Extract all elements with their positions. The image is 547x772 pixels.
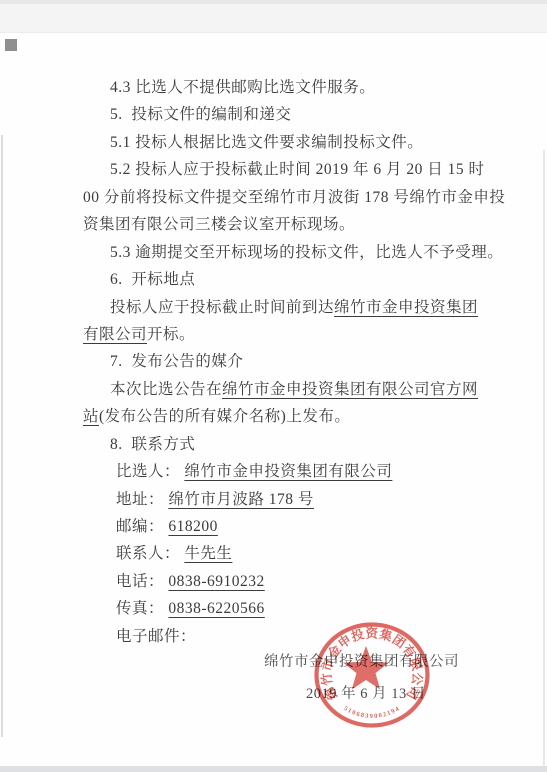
doc-text: (发布公告的所有媒介名称)上发布。 bbox=[99, 408, 350, 425]
doc-line: 投标人应于投标截止时间前到达绵竹市金申投资集团 bbox=[83, 294, 545, 321]
underlined-text: 绵竹市金申投资集团有限公司 bbox=[184, 463, 392, 480]
doc-line: 5.3 逾期提交至开标现场的投标文件，比选人不予受理。 bbox=[83, 239, 545, 266]
underlined-text: 0838-6220566 bbox=[168, 600, 264, 617]
doc-text: 电子邮件： bbox=[116, 628, 196, 645]
doc-line: 邮编： 618200 bbox=[83, 513, 545, 540]
doc-line: 00 分前将投标文件提交至绵竹市月波街 178 号绵竹市金申投 bbox=[83, 184, 545, 211]
underlined-text: 绵竹市金申投资集团有限公司官方网 bbox=[222, 381, 478, 398]
doc-text: 电话： bbox=[116, 573, 168, 590]
doc-text: 00 分前将投标文件提交至绵竹市月波街 178 号绵竹市金申投 bbox=[83, 189, 505, 206]
doc-text: 地址： bbox=[116, 491, 168, 508]
doc-text: 8. 联系方式 bbox=[110, 436, 195, 453]
doc-line: 8. 联系方式 bbox=[83, 431, 545, 458]
doc-line: 有限公司开标。 bbox=[83, 321, 545, 348]
underlined-text: 0838-6910232 bbox=[168, 573, 264, 590]
doc-text: 5.3 逾期提交至开标现场的投标文件，比选人不予受理。 bbox=[110, 244, 503, 261]
doc-line: 比选人： 绵竹市金申投资集团有限公司 bbox=[83, 458, 545, 485]
underlined-text: 站 bbox=[83, 408, 99, 425]
doc-text: 4.3 比选人不提供邮购比选文件服务。 bbox=[110, 79, 375, 96]
doc-line: 5. 投标文件的编制和递交 bbox=[83, 101, 545, 128]
doc-line: 4.3 比选人不提供邮购比选文件服务。 bbox=[83, 74, 545, 101]
scanned-document-page: 4.3 比选人不提供邮购比选文件服务。5. 投标文件的编制和递交5.1 投标人根… bbox=[0, 0, 547, 772]
underlined-text: 有限公司 bbox=[83, 326, 147, 343]
doc-line: 联系人： 牛先生 bbox=[83, 540, 545, 567]
doc-text: 联系人： bbox=[116, 545, 184, 562]
underlined-text: 牛先生 bbox=[184, 545, 232, 562]
doc-text: 5.1 投标人根据比选文件要求编制投标文件。 bbox=[110, 134, 423, 151]
doc-text: 5. 投标文件的编制和递交 bbox=[110, 106, 291, 123]
doc-text: 7. 发布公告的媒介 bbox=[110, 353, 243, 370]
doc-text: 本次比选公告在 bbox=[110, 381, 222, 398]
doc-text: 5.2 投标人应于投标截止时间 2019 年 6 月 20 日 15 时 bbox=[110, 161, 485, 178]
document-lines: 4.3 比选人不提供邮购比选文件服务。5. 投标文件的编制和递交5.1 投标人根… bbox=[83, 74, 545, 650]
doc-text: 投标人应于投标截止时间前到达 bbox=[110, 299, 334, 316]
doc-text: 邮编： bbox=[116, 518, 168, 535]
page-bottom-edge bbox=[0, 766, 547, 772]
doc-line: 电话： 0838-6910232 bbox=[83, 568, 545, 595]
scan-corner-mark bbox=[5, 39, 17, 51]
doc-line: 资集团有限公司三楼会议室开标现场。 bbox=[83, 211, 545, 238]
doc-text: 开标。 bbox=[147, 326, 195, 343]
underlined-text: 618200 bbox=[168, 518, 218, 535]
doc-line: 传真： 0838-6220566 bbox=[83, 595, 545, 622]
doc-text: 传真： bbox=[116, 600, 168, 617]
doc-line: 地址： 绵竹市月波路 178 号 bbox=[83, 486, 545, 513]
doc-text: 6. 开标地点 bbox=[110, 271, 195, 288]
doc-line: 本次比选公告在绵竹市金申投资集团有限公司官方网 bbox=[83, 376, 545, 403]
seal-code-holder: 5106839002194 bbox=[342, 705, 401, 720]
scan-top-edge bbox=[0, 0, 547, 4]
doc-line: 6. 开标地点 bbox=[83, 266, 545, 293]
page-left-edge bbox=[1, 135, 3, 737]
seal-star-icon bbox=[343, 646, 389, 689]
official-seal: 绵竹市金申投资集团有限公司 5106839002194 bbox=[310, 620, 434, 734]
scan-top-separator bbox=[0, 32, 547, 33]
seal-code: 5106839002194 bbox=[342, 705, 401, 720]
doc-text: 比选人： bbox=[116, 463, 184, 480]
underlined-text: 绵竹市月波路 178 号 bbox=[168, 491, 314, 508]
doc-line: 站(发布公告的所有媒介名称)上发布。 bbox=[83, 403, 545, 430]
doc-text: 资集团有限公司三楼会议室开标现场。 bbox=[83, 216, 355, 233]
doc-line: 7. 发布公告的媒介 bbox=[83, 348, 545, 375]
scan-top-margin bbox=[0, 0, 547, 32]
doc-line: 5.2 投标人应于投标截止时间 2019 年 6 月 20 日 15 时 bbox=[83, 156, 545, 183]
underlined-text: 绵竹市金申投资集团 bbox=[334, 299, 478, 316]
doc-line: 5.1 投标人根据比选文件要求编制投标文件。 bbox=[83, 129, 545, 156]
